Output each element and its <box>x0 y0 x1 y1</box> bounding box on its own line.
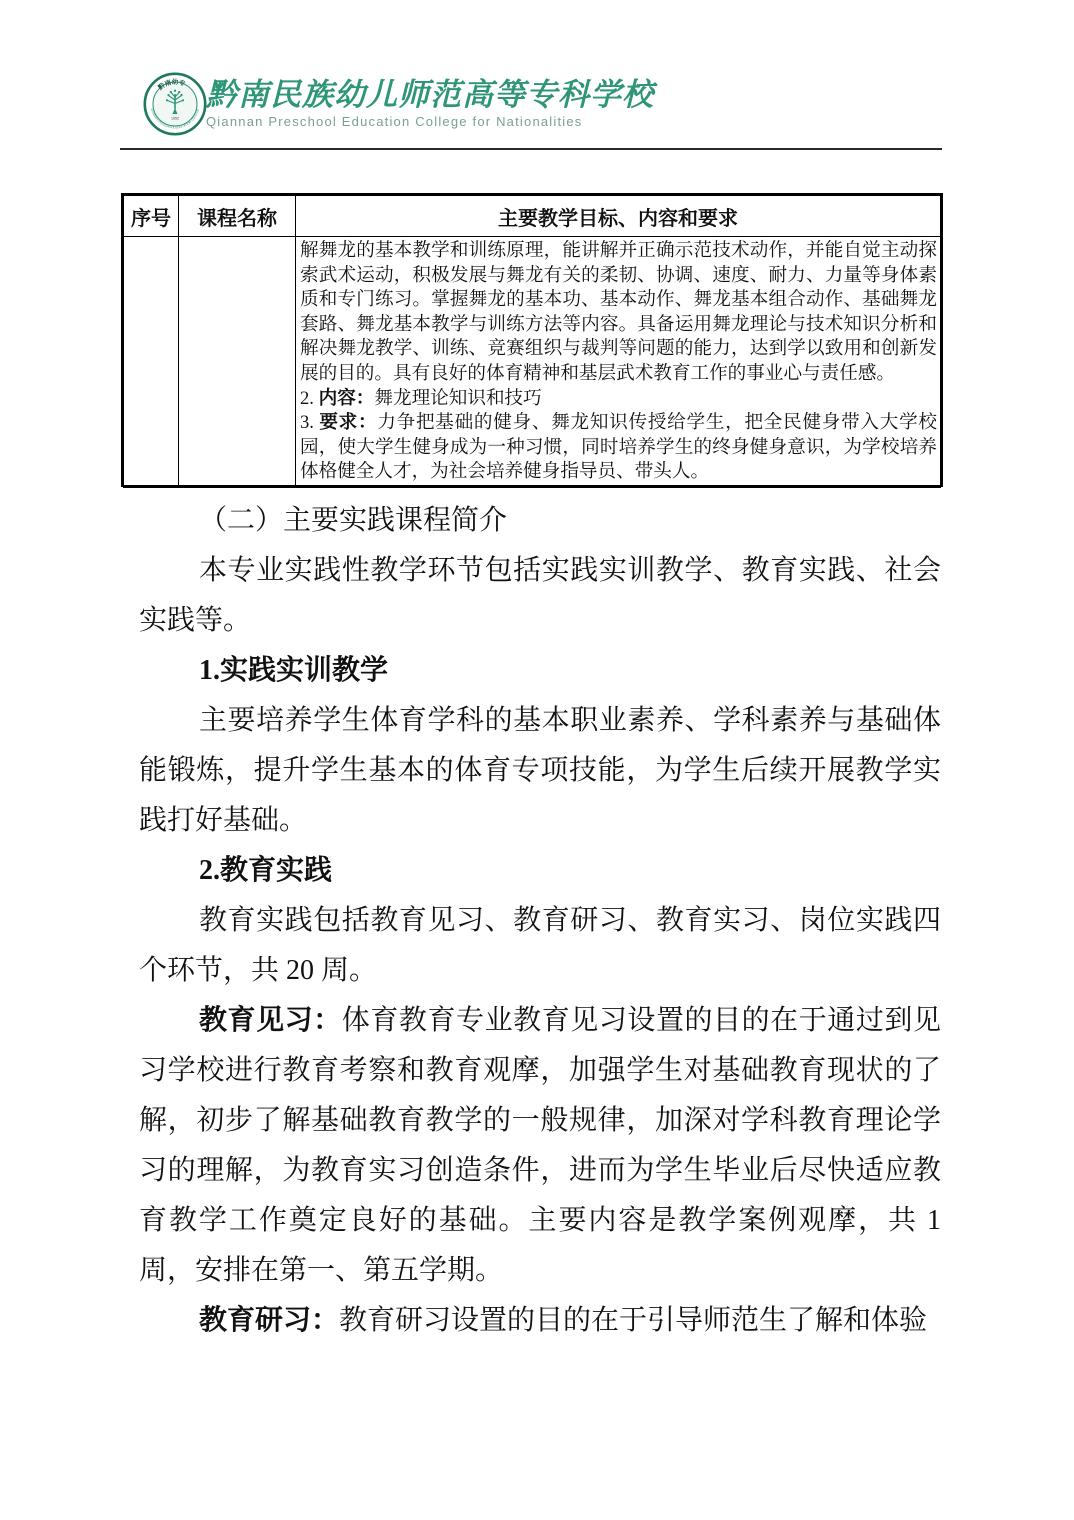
column-header-course-name: 课程名称 <box>179 196 296 237</box>
objectives-item-2: 2. 内容：舞龙理论知识和技巧 <box>300 387 937 412</box>
subsection-2-heading: 2.教育实践 <box>139 846 941 896</box>
item2-text: 舞龙理论知识和技巧 <box>374 388 541 409</box>
header-divider <box>120 148 942 150</box>
jianxi-paragraph: 教育见习：体育教育专业教育见习设置的目的在于通过到见习学校进行教育考察和教育观摩… <box>139 996 941 1296</box>
emblem-year: 1952 <box>171 117 179 121</box>
objectives-item-3: 3. 要求：力争把基础的健身、舞龙知识传授给学生，把全民健身带入大学校园，使大学… <box>300 411 937 485</box>
school-emblem: 黔南幼专 QIANNAN PRESCHOOL EDUCATION COLLEGE… <box>143 72 207 136</box>
jianxi-label: 教育见习： <box>199 1005 342 1036</box>
column-header-objectives: 主要教学目标、内容和要求 <box>296 196 941 237</box>
item3-number: 3. <box>300 412 319 433</box>
objectives-paragraph: 解舞龙的基本教学和训练原理，能讲解并正确示范技术动作，并能自觉主动探索武术运动，… <box>300 239 937 387</box>
cell-seq <box>124 237 179 488</box>
subsection-1-paragraph: 主要培养学生体育学科的基本职业素养、学科素养与基础体能锻炼，提升学生基本的体育专… <box>139 696 941 846</box>
yanxi-label: 教育研习： <box>199 1305 339 1336</box>
table-row: 解舞龙的基本教学和训练原理，能讲解并正确示范技术动作，并能自觉主动探索武术运动，… <box>124 237 941 488</box>
column-header-seq: 序号 <box>124 196 179 237</box>
item2-number: 2. <box>300 388 319 409</box>
school-emblem-icon: 黔南幼专 QIANNAN PRESCHOOL EDUCATION COLLEGE… <box>143 72 207 136</box>
intro-paragraph: 本专业实践性教学环节包括实践实训教学、教育实践、社会实践等。 <box>139 546 941 646</box>
objectives-continuation-text: 解舞龙的基本教学和训练原理，能讲解并正确示范技术动作，并能自觉主动探索武术运动，… <box>300 240 937 384</box>
section-heading: （二）主要实践课程简介 <box>139 496 941 546</box>
subsection-2-paragraph: 教育实践包括教育见习、教育研习、教育实习、岗位实践四个环节，共 20 周。 <box>139 896 941 996</box>
item3-label: 要求： <box>319 412 377 433</box>
item2-label: 内容： <box>319 388 375 409</box>
jianxi-text: 体育教育专业教育见习设置的目的在于通过到见习学校进行教育考察和教育观摩，加强学生… <box>139 1005 941 1286</box>
yanxi-text: 教育研习设置的目的在于引导师范生了解和体验 <box>339 1305 927 1336</box>
subsection-1-heading: 1.实践实训教学 <box>139 646 941 696</box>
document-body: （二）主要实践课程简介 本专业实践性教学环节包括实践实训教学、教育实践、社会实践… <box>139 496 941 1346</box>
school-name-en: Qiannan Preschool Education College for … <box>206 114 766 129</box>
course-table: 序号 课程名称 主要教学目标、内容和要求 解舞龙的基本教学和训练原理，能讲解并正… <box>121 193 943 487</box>
cell-objectives: 解舞龙的基本教学和训练原理，能讲解并正确示范技术动作，并能自觉主动探索武术运动，… <box>296 237 941 488</box>
yanxi-paragraph: 教育研习：教育研习设置的目的在于引导师范生了解和体验 <box>139 1296 941 1346</box>
table-header-row: 序号 课程名称 主要教学目标、内容和要求 <box>124 196 941 237</box>
item3-text: 力争把基础的健身、舞龙知识传授给学生，把全民健身带入大学校园，使大学生健身成为一… <box>300 412 937 482</box>
school-brand: 黔南民族幼儿师范高等专科学校 Qiannan Preschool Educati… <box>206 78 766 129</box>
document-page: 黔南幼专 QIANNAN PRESCHOOL EDUCATION COLLEGE… <box>0 0 1074 1520</box>
school-name-zh: 黔南民族幼儿师范高等专科学校 <box>206 78 766 112</box>
cell-course-name <box>179 237 296 488</box>
